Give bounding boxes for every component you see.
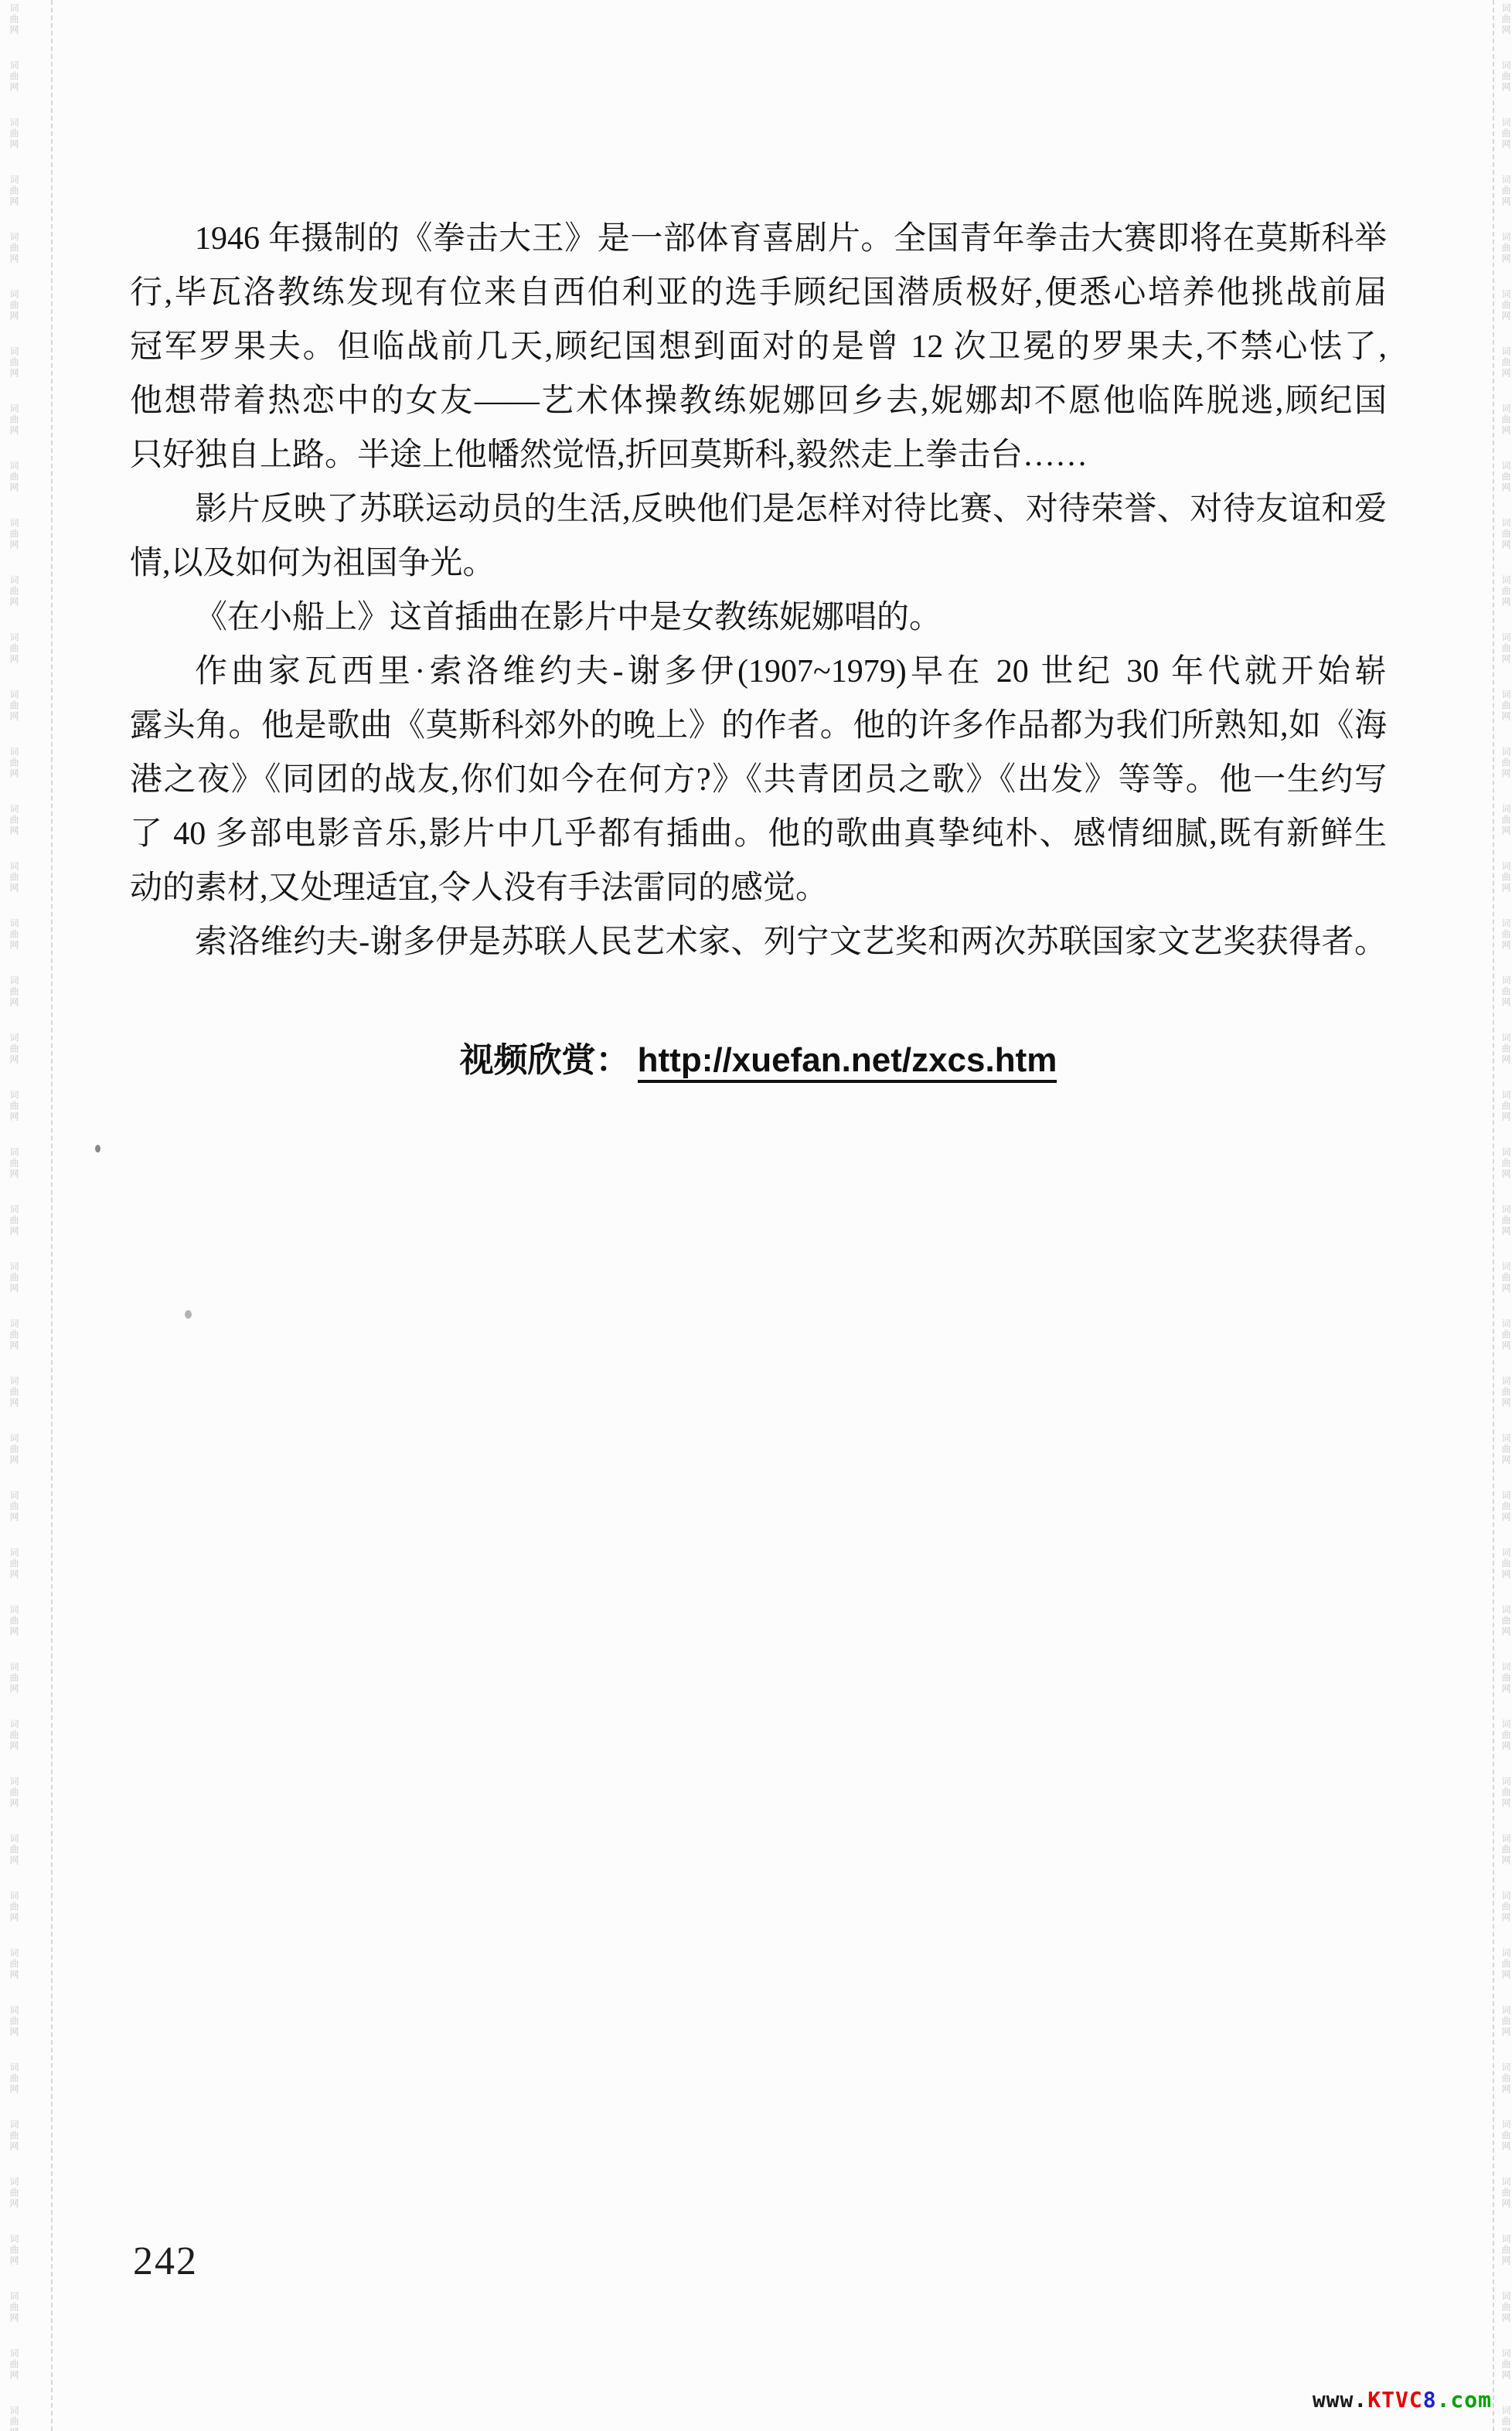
paragraph-composer: 作曲家瓦西里·索洛维约夫-谢多伊(1907~1979)早在 20 世纪 30 年… <box>130 645 1387 915</box>
text-line: 《在小船上》这首插曲在影片中是女教练妮娜唱的。 <box>130 591 1387 645</box>
article-text: 1946 年摄制的《拳击大王》是一部体育喜剧片。全国青年拳击大赛即将在莫斯科举 … <box>130 212 1387 969</box>
right-dashed-divider <box>1493 0 1494 2431</box>
video-link-row: 视频欣赏：http://xuefan.net/zxcs.htm <box>130 1037 1387 1084</box>
site-watermark-segment: 8 <box>1423 2387 1437 2412</box>
paragraph-awards: 索洛维约夫-谢多伊是苏联人民艺术家、列宁文艺奖和两次苏联国家文艺奖获得者。 <box>130 915 1387 969</box>
text-line: 了 40 多部电影音乐,影片中几乎都有插曲。他的歌曲真挚纯朴、感情细腻,既有新鲜… <box>130 807 1387 861</box>
paragraph-song: 《在小船上》这首插曲在影片中是女教练妮娜唱的。 <box>130 591 1387 645</box>
text-line: 影片反映了苏联运动员的生活,反映他们是怎样对待比赛、对待荣誉、对待友谊和爱 <box>130 482 1387 536</box>
right-edge-watermark: 词曲网 词曲网 词曲网 词曲网 词曲网 词曲网 词曲网 词曲网 词曲网 词曲网 … <box>1498 3 1512 2431</box>
scanned-book-page: 词曲网 词曲网 词曲网 词曲网 词曲网 词曲网 词曲网 词曲网 词曲网 词曲网 … <box>0 0 1512 2431</box>
scan-speck <box>185 1310 192 1319</box>
left-edge-watermark: 词曲网 词曲网 词曲网 词曲网 词曲网 词曲网 词曲网 词曲网 词曲网 词曲网 … <box>6 3 20 2431</box>
text-line: 露头角。他是歌曲《莫斯科郊外的晚上》的作者。他的许多作品都为我们所熟知,如《海 <box>130 699 1387 753</box>
site-watermark-segment: .com <box>1437 2387 1492 2412</box>
site-watermark-segment: www. <box>1313 2387 1367 2412</box>
site-watermark-segment: KTVC <box>1367 2387 1422 2412</box>
text-line: 1946 年摄制的《拳击大王》是一部体育喜剧片。全国青年拳击大赛即将在莫斯科举 <box>130 212 1387 266</box>
text-line: 冠军罗果夫。但临战前几天,顾纪国想到面对的是曾 12 次卫冕的罗果夫,不禁心怯了… <box>130 320 1387 374</box>
text-line: 动的素材,又处理适宜,令人没有手法雷同的感觉。 <box>130 861 1387 915</box>
text-line: 只好独自上路。半途上他幡然觉悟,折回莫斯科,毅然走上拳击台…… <box>130 428 1387 482</box>
text-line: 作曲家瓦西里·索洛维约夫-谢多伊(1907~1979)早在 20 世纪 30 年… <box>130 645 1387 699</box>
text-line: 索洛维约夫-谢多伊是苏联人民艺术家、列宁文艺奖和两次苏联国家文艺奖获得者。 <box>130 915 1387 969</box>
text-line: 行,毕瓦洛教练发现有位来自西伯利亚的选手顾纪国潜质极好,便悉心培养他挑战前届 <box>130 266 1387 320</box>
video-url-link[interactable]: http://xuefan.net/zxcs.htm <box>638 1041 1057 1083</box>
paragraph-theme: 影片反映了苏联运动员的生活,反映他们是怎样对待比赛、对待荣誉、对待友谊和爱 情,… <box>130 482 1387 591</box>
text-line: 情,以及如何为祖国争光。 <box>130 536 1387 591</box>
video-link-label: 视频欣赏： <box>460 1041 630 1079</box>
page-number: 242 <box>133 2239 198 2284</box>
text-line: 他想带着热恋中的女友——艺术体操教练妮娜回乡去,妮娜却不愿他临阵脱逃,顾纪国 <box>130 374 1387 428</box>
text-line: 港之夜》《同团的战友,你们如今在何方?》《共青团员之歌》《出发》等等。他一生约写 <box>130 753 1387 807</box>
left-dashed-divider <box>51 0 53 2431</box>
paragraph-synopsis: 1946 年摄制的《拳击大王》是一部体育喜剧片。全国青年拳击大赛即将在莫斯科举 … <box>130 212 1387 482</box>
scan-speck <box>95 1145 100 1153</box>
site-watermark: www.KTVC8.com <box>1313 2387 1492 2412</box>
